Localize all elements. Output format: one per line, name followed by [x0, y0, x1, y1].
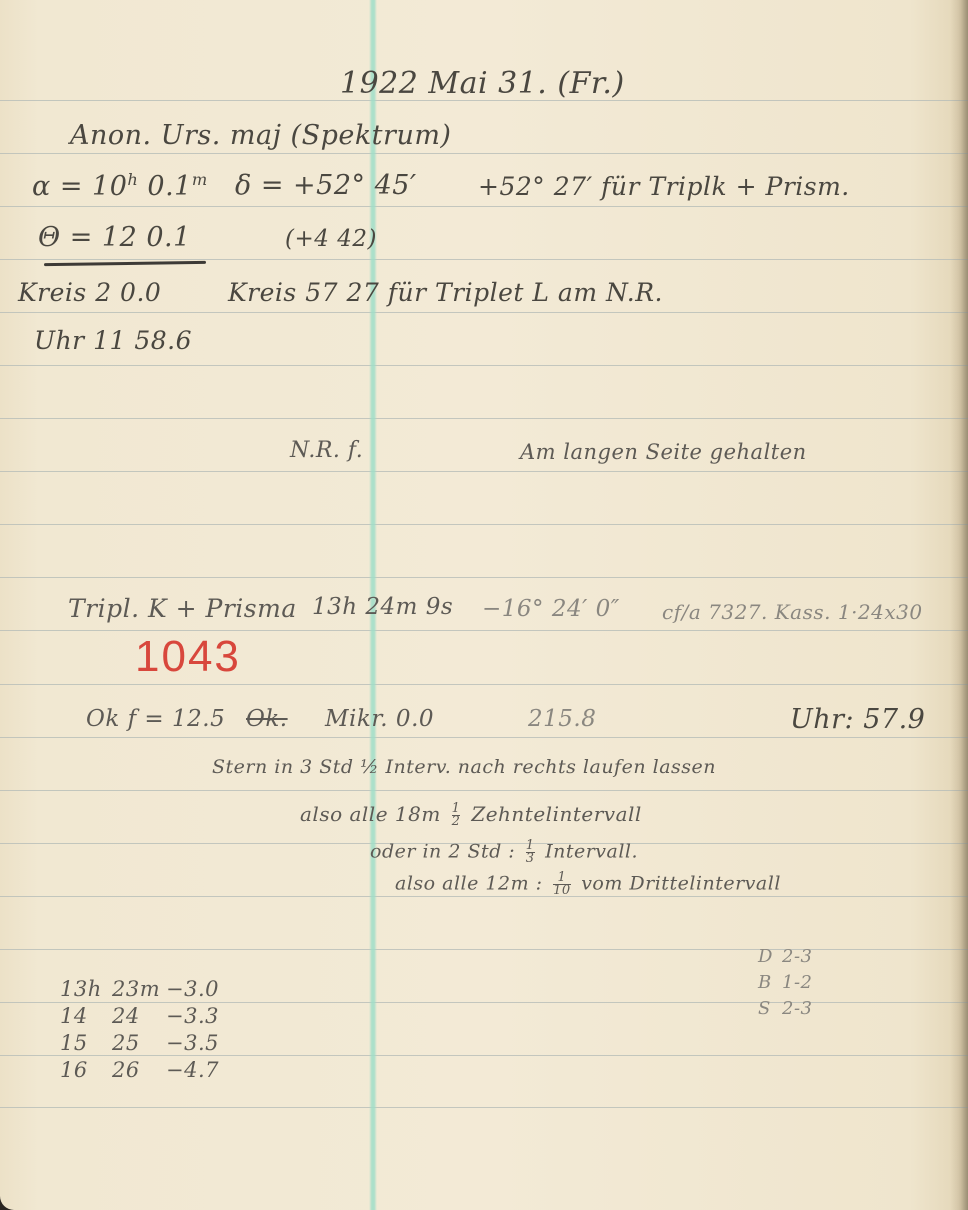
seeing-label: D: [758, 944, 782, 970]
ra-minutes-unit: m: [192, 170, 208, 189]
seeing-label: S: [758, 996, 782, 1022]
seeing-value: 1-2: [782, 972, 813, 993]
instruction-text: also alle 12m :: [395, 873, 543, 895]
exposure-time: 13h 24m 9s: [312, 594, 453, 620]
entry-date: 1922 Mai 31. (Fr.): [340, 66, 625, 101]
ruled-line: [0, 153, 968, 154]
micrometer-reading: 215.8: [528, 706, 596, 732]
object-name: Anon. Urs. maj (Spektrum): [70, 120, 451, 151]
ruled-line: [0, 630, 968, 631]
denominator: 2: [452, 815, 461, 828]
minute-cell: 24: [112, 1003, 166, 1030]
fraction: 110: [553, 872, 571, 897]
value-cell: −3.3: [166, 1004, 219, 1028]
hour-cell: 14: [60, 1003, 112, 1030]
ruled-line: [0, 577, 968, 578]
ruled-line: [0, 418, 968, 419]
clock-reading-2: Uhr: 57.9: [790, 704, 925, 735]
circle-reading-2: Kreis 57 27 für Triplet L am N.R.: [228, 278, 663, 307]
seeing-label: B: [758, 970, 782, 996]
fraction: 13: [526, 840, 535, 865]
hour-cell: 16: [60, 1057, 112, 1084]
seeing-notes: D2-3 B1-2 S2-3: [758, 944, 813, 1022]
value-cell: −3.5: [166, 1031, 219, 1055]
ocular: Ok f = 12.5: [86, 706, 225, 732]
right-ascension: α = 10h 0.1m: [32, 170, 208, 202]
ruled-line: [0, 737, 968, 738]
ruled-line: [0, 949, 968, 950]
seeing-value: 2-3: [782, 998, 813, 1019]
declination-alt: +52° 27′ für Triplk + Prism.: [478, 172, 850, 201]
instruction-text: Zehntelintervall: [471, 802, 642, 826]
minute-cell: 26: [112, 1057, 166, 1084]
hour-cell: 15: [60, 1030, 112, 1057]
ra-minutes: 0.1: [147, 171, 191, 202]
ra-hours: α = 10: [32, 171, 127, 202]
instruction-text: also alle 18m: [300, 802, 441, 826]
minute-cell: 23m: [112, 976, 166, 1003]
instruction-line-2: also alle 18m 12 Zehntelintervall: [300, 802, 642, 828]
value-cell: −4.7: [166, 1058, 219, 1082]
value-cell: −3.0: [166, 977, 219, 1001]
ra-hours-unit: h: [127, 170, 138, 189]
remark-note: Am langen Seite gehalten: [520, 440, 807, 464]
ruled-line: [0, 259, 968, 260]
plate-number: 1043: [135, 632, 241, 682]
sidereal-time: Θ = 12 0.1: [38, 222, 191, 253]
denominator: 3: [526, 852, 535, 865]
micrometer: Mikr. 0.0: [325, 706, 434, 732]
circle-reading: Kreis 2 0.0: [18, 278, 161, 307]
table-row: 1525−3.5: [60, 1030, 219, 1057]
minute-cell: 25: [112, 1030, 166, 1057]
coordinates: −16° 24′ 0″: [482, 596, 620, 622]
ruled-line: [0, 312, 968, 313]
instruction-line-3: oder in 2 Std : 13 Intervall.: [370, 840, 638, 865]
page-edge-shadow: [950, 0, 968, 1210]
ruled-line: [0, 471, 968, 472]
seeing-row: D2-3: [758, 944, 813, 970]
fraction: 12: [452, 803, 461, 828]
instruction-text: vom Drittelintervall: [581, 873, 781, 895]
seeing-row: B1-2: [758, 970, 813, 996]
denominator: 10: [553, 884, 571, 897]
table-row: 13h23m−3.0: [60, 976, 219, 1003]
instruction-text: Intervall.: [545, 841, 638, 863]
instrument: Tripl. K + Prisma: [68, 594, 297, 623]
catalog-note: cf/a 7327. Kass. 1·24x30: [662, 600, 923, 624]
sidereal-note: (+4 42): [285, 226, 377, 252]
notebook-page: 1922 Mai 31. (Fr.) Anon. Urs. maj (Spekt…: [0, 0, 968, 1210]
ruled-line: [0, 790, 968, 791]
hour-cell: 13h: [60, 976, 112, 1003]
seeing-value: 2-3: [782, 946, 813, 967]
struck-ocular: Ok.: [246, 706, 288, 732]
ruled-line: [0, 684, 968, 685]
instruction-line-1: Stern in 3 Std ½ Interv. nach rechts lau…: [212, 756, 716, 778]
table-row: 1626−4.7: [60, 1057, 219, 1084]
underline: [44, 261, 206, 266]
ruled-line: [0, 365, 968, 366]
instruction-text: oder in 2 Std :: [370, 841, 515, 863]
ruled-line: [0, 524, 968, 525]
ruled-line: [0, 1107, 968, 1108]
ruled-line: [0, 206, 968, 207]
clock-reading: Uhr 11 58.6: [34, 326, 192, 355]
declination: δ = +52° 45′: [235, 170, 417, 201]
table-row: 1424−3.3: [60, 1003, 219, 1030]
readings-table: 13h23m−3.0 1424−3.3 1525−3.5 1626−4.7: [60, 976, 219, 1084]
nrf-note: N.R. f.: [290, 438, 363, 463]
instruction-line-4: also alle 12m : 110 vom Drittelintervall: [395, 872, 781, 897]
seeing-row: S2-3: [758, 996, 813, 1022]
